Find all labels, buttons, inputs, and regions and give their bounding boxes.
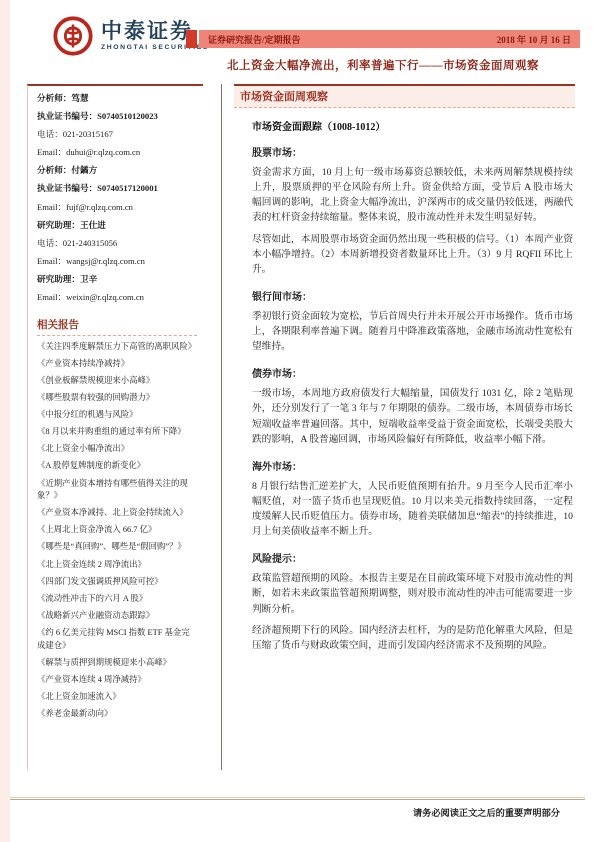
related-report-item: 《哪些是“真回购”、哪些是“假回购”？》 — [37, 541, 197, 554]
page-footer: 请务必阅读正文之后的重要声明部分 — [10, 797, 585, 819]
section-header: 市场资金面周观察 — [234, 84, 575, 108]
related-report-item: 《A 股停复牌制度的新变化》 — [37, 460, 197, 473]
related-report-item: 《产业资本连续 4 周净减持》 — [37, 674, 197, 687]
sidebar: 分析师：笃慧 执业证书编号：S0740510120023 电话：021-2031… — [27, 84, 203, 770]
related-report-item: 《哪些股票有较强的回购潜力》 — [37, 392, 197, 405]
banner-accent-block — [186, 30, 197, 48]
contact-line: 研究助理：卫辛 — [37, 274, 197, 286]
report-title: 北上资金大幅净流出，利率普遍下行——市场资金面周观察 — [186, 57, 580, 73]
contact-line: Email：wangsj@r.qlzq.com.cn — [37, 256, 197, 268]
footer-disclaimer: 请务必阅读正文之后的重要声明部分 — [10, 805, 585, 819]
content-block: 海外市场： — [252, 458, 573, 473]
related-report-item: 《近期产业资本增持有哪些值得关注的现象？》 — [37, 478, 197, 503]
related-report-item: 《北上资金小幅净流出》 — [37, 443, 197, 456]
related-report-item: 《上周北上资金净流入 66.7 亿》 — [37, 524, 197, 537]
related-report-item: 《流动性冲击下的六月 A 股》 — [37, 593, 197, 606]
contact-line: 电话：021-20315167 — [37, 129, 197, 141]
zhongtai-logo-icon — [52, 15, 94, 57]
content-block: 风险提示： — [252, 550, 573, 565]
contact-line: Email：weixin@r.qlzq.com.cn — [37, 292, 197, 304]
related-report-item: 《四部门发文强调质押风险可控》 — [37, 576, 197, 589]
related-report-item: 《中报分红的机遇与风险》 — [37, 409, 197, 422]
content-block: 政策监管超预期的风险。本报告主要是在目前政策环境下对股市流动性的判断，如若未来政… — [252, 571, 573, 616]
analyst-contact-list: 分析师：笃慧 执业证书编号：S0740510120023 电话：021-2031… — [37, 93, 197, 304]
related-report-item: 《关注四季度解禁压力下高管的离职风险》 — [37, 341, 197, 354]
contact-line: 执业证书编号：S0740510120023 — [37, 111, 197, 123]
content-block: 经济超预期下行的风险。国内经济去杠杆，为的是防范化解重大风险，但是压缩了货币与财… — [252, 623, 573, 653]
banner-date: 2018 年 10 月 16 日 — [497, 33, 571, 46]
content-block: 季初银行资金面较为宽松，节后首周央行并未开展公开市场操作。货币市场上，各期限利率… — [252, 309, 573, 354]
contact-line: 研究助理：王仕进 — [37, 220, 197, 232]
related-report-item: 《养老金最新动向》 — [37, 708, 197, 721]
content-columns: 分析师：笃慧 执业证书编号：S0740510120023 电话：021-2031… — [27, 84, 575, 770]
contact-line: 分析师：笃慧 — [37, 93, 197, 105]
main-content: 市场资金面周观察 市场资金面跟踪（1008-1012） 股票市场： 资金需求方面… — [222, 84, 575, 770]
related-report-item: 《产业资本净减持、北上资金持续流入》 — [37, 507, 197, 520]
related-report-item: 《创业板解禁规模迎来小高峰》 — [37, 375, 197, 388]
content-block: 尽管如此，本周股票市场资金面仍然出现一些积极的信号。（1）本周产业资本小幅净增持… — [252, 232, 573, 277]
content-block: 股票市场： — [252, 144, 573, 159]
report-page: 中泰证券 ZHONGTAI SECURITIES 证券研究报告/定期报告 201… — [0, 0, 595, 842]
contact-line: Email：fujf@r.qlzq.com.cn — [37, 202, 197, 214]
banner-report-type: 证券研究报告/定期报告 — [208, 33, 301, 46]
related-report-item: 《解禁与质押到期规模迎来小高峰》 — [37, 657, 197, 670]
report-type-banner: 证券研究报告/定期报告 2018 年 10 月 16 日 — [186, 30, 580, 48]
page-edge-strip — [0, 0, 10, 842]
banner-bar: 证券研究报告/定期报告 2018 年 10 月 16 日 — [199, 30, 580, 48]
content-block: 8 月银行结售汇逆差扩大，人民币贬值预期有抬升。9 月至今人民币汇率小幅贬值，对… — [252, 479, 573, 540]
content-block: 债券市场： — [252, 365, 573, 380]
content-block: 资金需求方面，10 月上旬一级市场募资总额较低，未来两周解禁规模持续上升，股票质… — [252, 165, 573, 226]
related-report-item: 《北上资金连续 2 周净流出》 — [37, 559, 197, 572]
content-block: 一级市场，本周地方政府债发行大幅缩量，国债发行 1031 亿，除 2 笔贴现外，… — [252, 386, 573, 447]
related-report-item: 《北上资金加速流入》 — [37, 691, 197, 704]
footer-rule — [10, 797, 585, 800]
related-report-item: 《8 月以来并购重组的通过率有所下降》 — [37, 426, 197, 439]
contact-line: 电话：021-240315056 — [37, 238, 197, 250]
contact-line: 执业证书编号：S0740517120001 — [37, 183, 197, 195]
related-report-item: 《产业资本持续净减持》 — [37, 358, 197, 371]
related-report-item: 《战略新兴产业融资动态跟踪》 — [37, 610, 197, 623]
related-report-item: 《约 6 亿美元挂钩 MSCI 指数 ETF 基金完成建仓》 — [37, 627, 197, 652]
related-reports-list: 《关注四季度解禁压力下高管的离职风险》 《产业资本持续净减持》 《创业板解禁规模… — [37, 341, 197, 721]
content-block: 银行间市场： — [252, 288, 573, 303]
contact-line: 分析师：付鐍方 — [37, 165, 197, 177]
contact-line: Email：duhui@r.qlzq.com.cn — [37, 147, 197, 159]
section-subtitle: 市场资金面跟踪（1008-1012） — [252, 118, 575, 133]
related-reports-heading: 相关报告 — [37, 317, 197, 336]
body-blocks: 股票市场： 资金需求方面，10 月上旬一级市场募资总额较低，未来两周解禁规模持续… — [252, 144, 573, 653]
